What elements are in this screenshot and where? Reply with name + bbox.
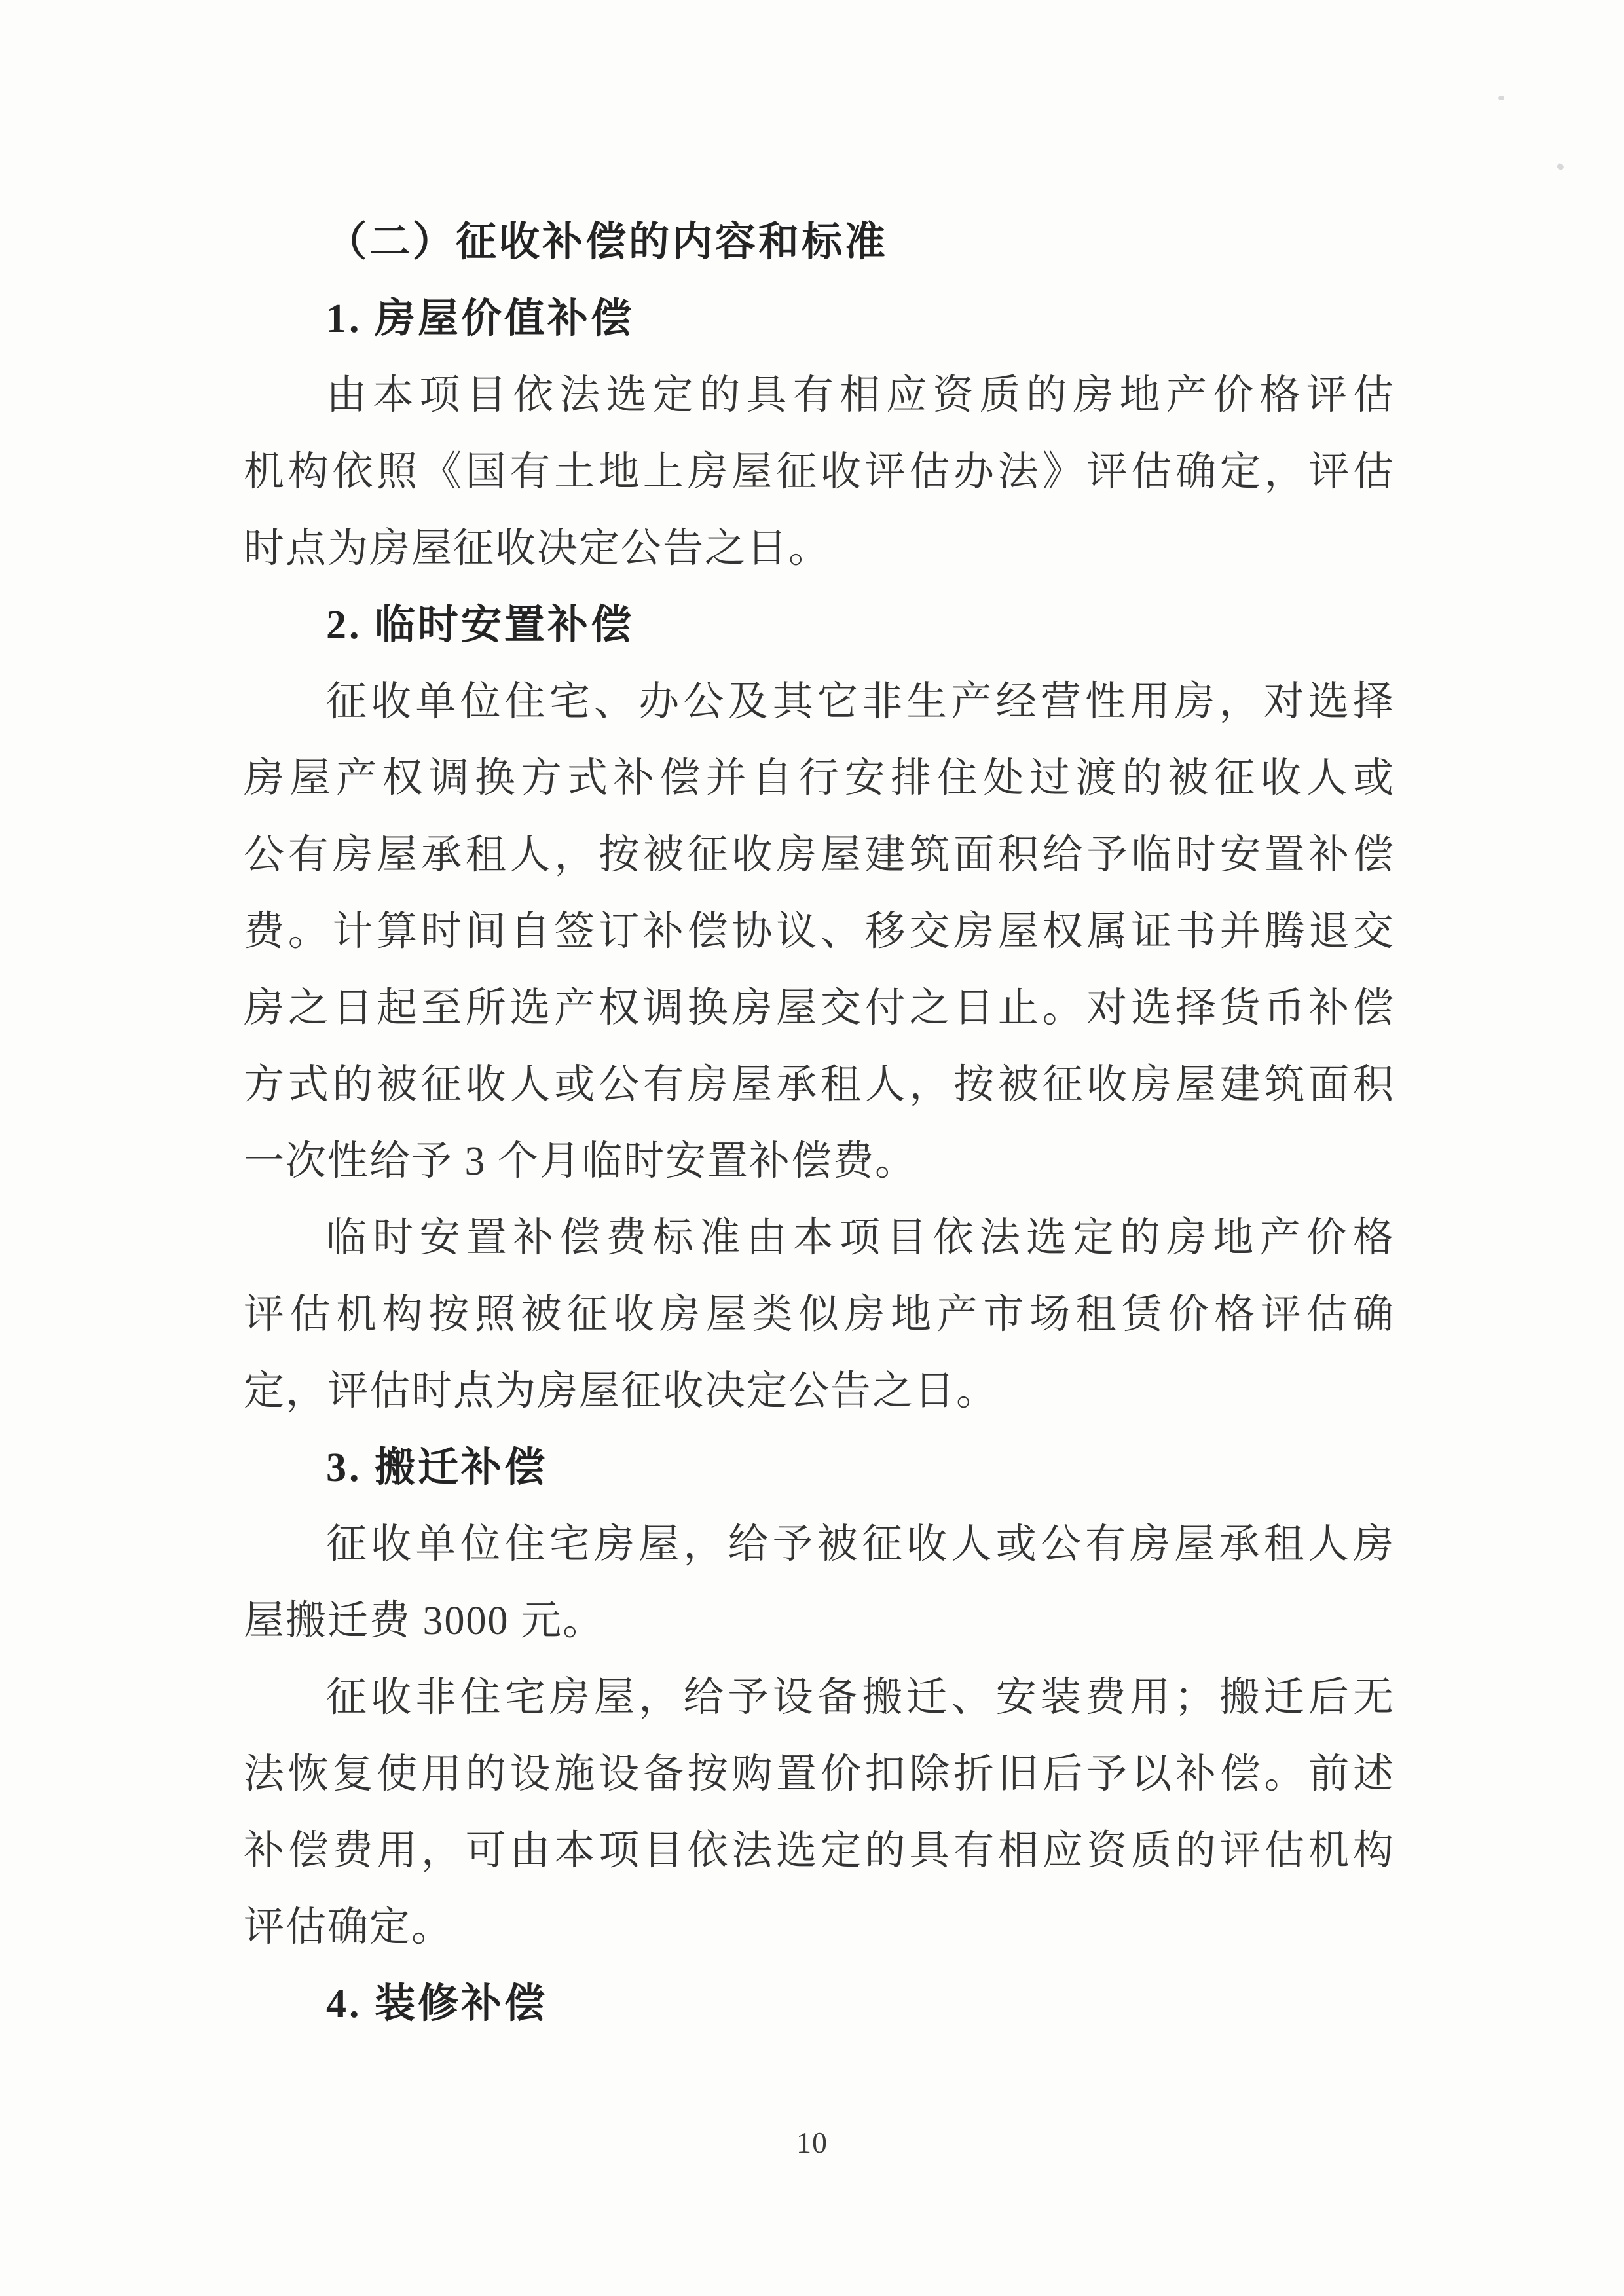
- document-body: （二）征收补偿的内容和标准 1. 房屋价值补偿 由本项目依法选定的具有相应资质的…: [244, 204, 1395, 2043]
- paragraph-line: 屋搬迁费 3000 元。: [244, 1583, 1395, 1660]
- paragraph-line: 机构依照《国有土地上房屋征收评估办法》评估确定，评估: [244, 434, 1395, 511]
- paragraph-line: 时点为房屋征收决定公告之日。: [244, 511, 1395, 587]
- heading-house-value: 1. 房屋价值补偿: [244, 281, 1395, 357]
- section-title: （二）征收补偿的内容和标准: [244, 204, 1395, 281]
- heading-decoration: 4. 装修补偿: [244, 1966, 1395, 2043]
- paragraph-line: 由本项目依法选定的具有相应资质的房地产价格评估: [244, 357, 1395, 434]
- paragraph-line: 临时安置补偿费标准由本项目依法选定的房地产价格: [244, 1200, 1395, 1277]
- paragraph-line: 征收非住宅房屋，给予设备搬迁、安装费用；搬迁后无: [244, 1660, 1395, 1736]
- scan-speck: [1557, 162, 1565, 170]
- paragraph-line: 评估确定。: [244, 1889, 1395, 1966]
- paragraph-line: 房之日起至所选产权调换房屋交付之日止。对选择货币补偿: [244, 970, 1395, 1047]
- paragraph-line: 征收单位住宅、办公及其它非生产经营性用房，对选择: [244, 664, 1395, 740]
- paragraph-line: 一次性给予 3 个月临时安置补偿费。: [244, 1123, 1395, 1200]
- page-number: 10: [0, 2125, 1624, 2160]
- scan-speck: [1498, 96, 1504, 100]
- paragraph-line: 费。计算时间自签订补偿协议、移交房屋权属证书并腾退交: [244, 894, 1395, 970]
- paragraph-line: 征收单位住宅房屋，给予被征收人或公有房屋承租人房: [244, 1506, 1395, 1583]
- paragraph-line: 公有房屋承租人，按被征收房屋建筑面积给予临时安置补偿: [244, 817, 1395, 894]
- paragraph-line: 评估机构按照被征收房屋类似房地产市场租赁价格评估确: [244, 1277, 1395, 1353]
- paragraph-line: 房屋产权调换方式补偿并自行安排住处过渡的被征收人或: [244, 740, 1395, 817]
- heading-temporary-resettlement: 2. 临时安置补偿: [244, 587, 1395, 664]
- scanned-document-page: （二）征收补偿的内容和标准 1. 房屋价值补偿 由本项目依法选定的具有相应资质的…: [0, 0, 1624, 2296]
- paragraph-line: 补偿费用，可由本项目依法选定的具有相应资质的评估机构: [244, 1813, 1395, 1889]
- paragraph-line: 法恢复使用的设施设备按购置价扣除折旧后予以补偿。前述: [244, 1736, 1395, 1813]
- paragraph-line: 定，评估时点为房屋征收决定公告之日。: [244, 1353, 1395, 1430]
- heading-relocation: 3. 搬迁补偿: [244, 1430, 1395, 1506]
- paragraph-line: 方式的被征收人或公有房屋承租人，按被征收房屋建筑面积: [244, 1047, 1395, 1123]
